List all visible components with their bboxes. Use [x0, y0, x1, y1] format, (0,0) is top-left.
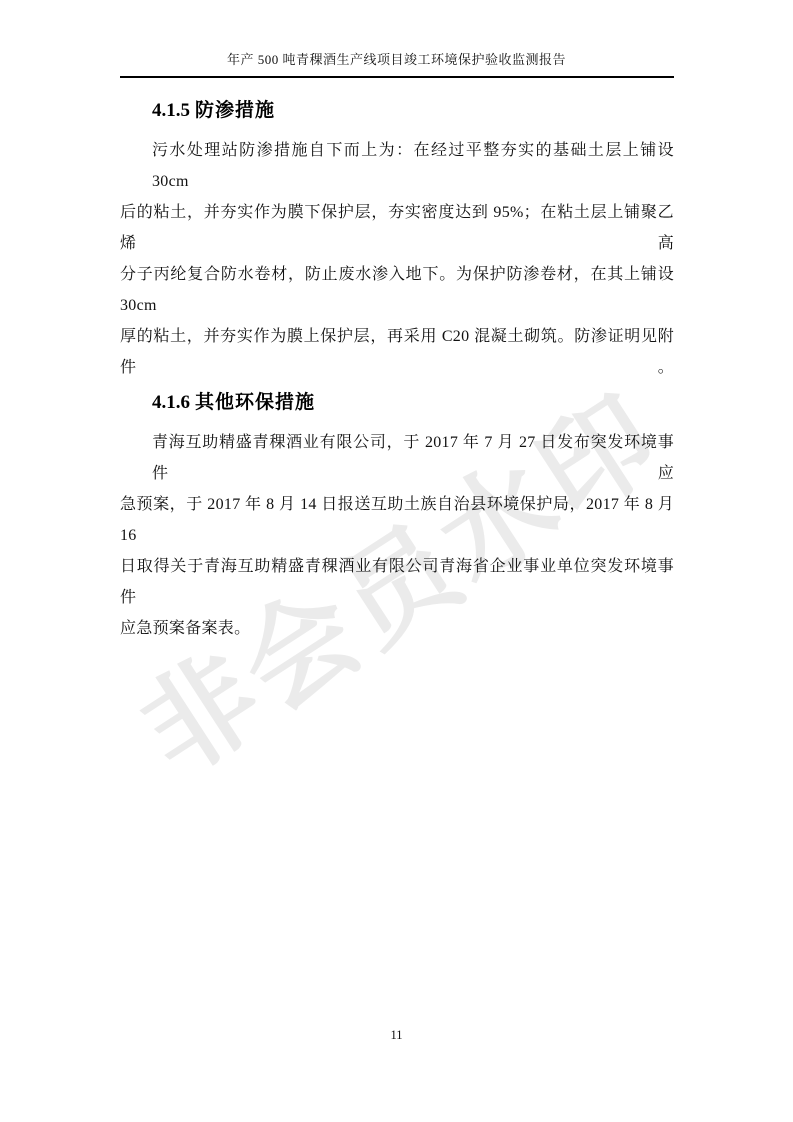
paragraph-line: 污水处理站防渗措施自下而上为：在经过平整夯实的基础土层上铺设 30cm [120, 135, 674, 197]
page-header: 年产 500 吨青稞酒生产线项目竣工环境保护验收监测报告 [0, 0, 793, 78]
document-page: 非会员水印 年产 500 吨青稞酒生产线项目竣工环境保护验收监测报告 4.1.5… [0, 0, 793, 1122]
paragraph-anti-seepage: 污水处理站防渗措施自下而上为：在经过平整夯实的基础土层上铺设 30cm 后的粘土… [120, 135, 674, 383]
document-body: 4.1.5防渗措施 污水处理站防渗措施自下而上为：在经过平整夯实的基础土层上铺设… [120, 97, 674, 644]
heading-title: 其他环保措施 [195, 392, 315, 413]
heading-number: 4.1.5 [152, 100, 190, 121]
heading-title: 防渗措施 [195, 100, 275, 121]
paragraph-line: 应急预案备案表。 [120, 613, 674, 644]
section-heading-4-1-5: 4.1.5防渗措施 [120, 97, 674, 125]
paragraph-line: 青海互助精盛青稞酒业有限公司，于 2017 年 7 月 27 日发布突发环境事件… [120, 427, 674, 489]
section-heading-4-1-6: 4.1.6其他环保措施 [120, 389, 674, 417]
heading-number: 4.1.6 [152, 392, 190, 413]
paragraph-line: 日取得关于青海互助精盛青稞酒业有限公司青海省企业事业单位突发环境事件 [120, 551, 674, 613]
header-title: 年产 500 吨青稞酒生产线项目竣工环境保护验收监测报告 [0, 52, 793, 68]
paragraph-line: 后的粘土，并夯实作为膜下保护层，夯实密度达到 95%；在粘土层上铺聚乙烯高 [120, 197, 674, 259]
paragraph-line: 厚的粘土，并夯实作为膜上保护层，再采用 C20 混凝土砌筑。防渗证明见附件。 [120, 321, 674, 383]
paragraph-line: 急预案，于 2017 年 8 月 14 日报送互助土族自治县环境保护局，2017… [120, 489, 674, 551]
paragraph-line: 分子丙纶复合防水卷材，防止废水渗入地下。为保护防渗卷材，在其上铺设 30cm [120, 259, 674, 321]
paragraph-other-measures: 青海互助精盛青稞酒业有限公司，于 2017 年 7 月 27 日发布突发环境事件… [120, 427, 674, 644]
header-rule [120, 76, 674, 78]
page-number: 11 [0, 1028, 793, 1043]
